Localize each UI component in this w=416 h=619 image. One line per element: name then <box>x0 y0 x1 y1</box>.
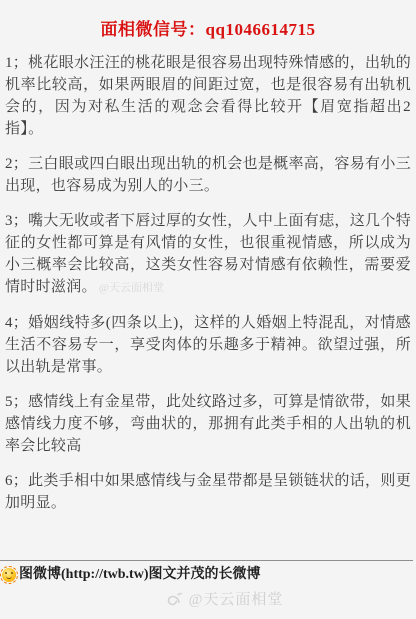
sun-face-icon <box>2 568 16 582</box>
paragraph-3: 3；嘴大无收或者下唇过厚的女性，人中上面有痣，这几个特征的女性都可算是有风情的女… <box>5 210 411 299</box>
source-row: 图微博(http://twb.tw)图文并茂的长微博 <box>0 561 416 584</box>
page-title: 面相微信号：qq1046614715 <box>0 0 416 40</box>
inline-watermark: @天云面相堂 <box>97 282 164 294</box>
article-page: 面相微信号：qq1046614715 1；桃花眼水汪汪的桃花眼是很容易出现特殊情… <box>0 0 416 619</box>
spiral-icon <box>163 590 183 608</box>
source-text: 图微博(http://twb.tw)图文并茂的长微博 <box>19 566 261 584</box>
paragraph-4: 4；婚姻线特多(四条以上)，这样的人婚姻上特混乱，对情感生活不容易专一，享受肉体… <box>5 312 411 378</box>
footer-section: 图微博(http://twb.tw)图文并茂的长微博 @天云面相堂 <box>0 560 416 609</box>
paragraph-6: 6；此类手相中如果感情线与金星带都是呈锁链状的话，则更加明显。 <box>5 470 411 514</box>
paragraph-2: 2；三白眼或四白眼出现出轨的机会也是概率高，容易有小三出现，也容易成为别人的小三… <box>5 153 411 197</box>
article-body: 1；桃花眼水汪汪的桃花眼是很容易出现特殊情感的，出轨的机率比较高，如果两眼眉的间… <box>0 40 416 514</box>
paragraph-1: 1；桃花眼水汪汪的桃花眼是很容易出现特殊情感的，出轨的机率比较高，如果两眼眉的间… <box>5 52 411 140</box>
watermark-row: @天云面相堂 <box>30 588 416 609</box>
paragraph-5: 5；感情线上有金星带，此处纹路过多，可算是情欲带，如果感情线力度不够，弯曲状的，… <box>5 391 411 457</box>
watermark-text: @天云面相堂 <box>189 588 284 609</box>
